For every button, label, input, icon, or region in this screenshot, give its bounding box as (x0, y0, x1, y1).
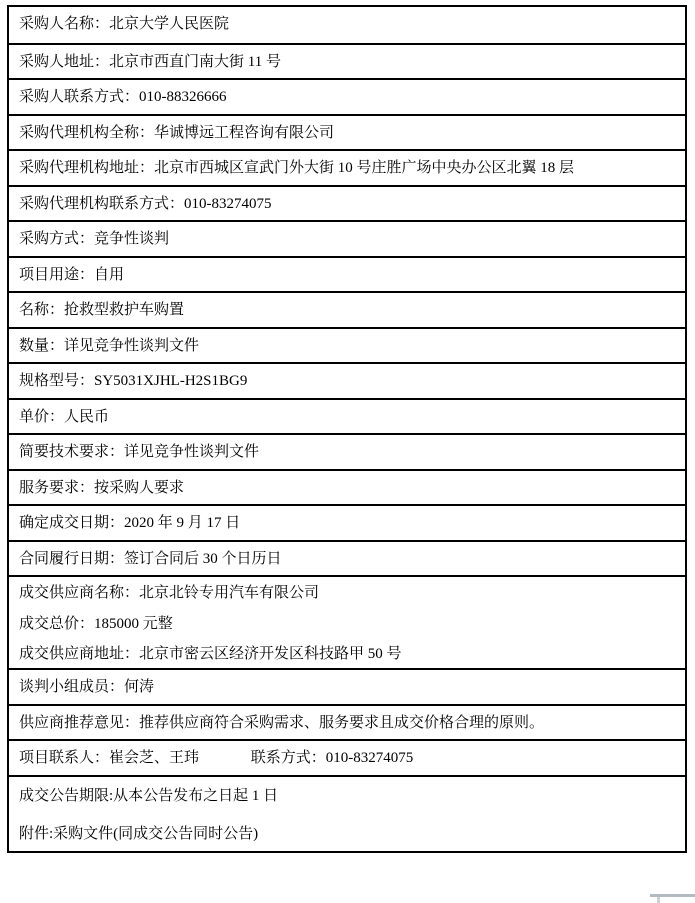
row-text: 采购代理机构全称：华诚博远工程咨询有限公司 (19, 125, 334, 141)
table-row-recommendation: 供应商推荐意见：推荐供应商符合采购需求、服务要求且成交价格合理的原则。 (9, 704, 685, 740)
table-row-project-use: 项目用途：自用 (9, 256, 685, 292)
scrollbar-corner-stub (657, 897, 660, 903)
table-row-purchaser-name: 采购人名称：北京大学人民医院 (9, 7, 685, 43)
table-row-purchaser-contact: 采购人联系方式：010-88326666 (9, 78, 685, 114)
table-row-agency-contact: 采购代理机构联系方式：010-83274075 (9, 185, 685, 221)
procurement-notice-table: 采购人名称：北京大学人民医院 采购人地址：北京市西直门南大街 11 号 采购人联… (7, 5, 687, 853)
supplier-address-text: 成交供应商地址：北京市密云区经济开发区科技路甲 50 号 (19, 639, 679, 668)
notice-period-text: 成交公告期限:从本公告发布之日起 1 日 (19, 777, 679, 815)
row-text: 供应商推荐意见：推荐供应商符合采购需求、服务要求且成交价格合理的原则。 (19, 715, 544, 731)
total-price-text: 成交总价：185000 元整 (19, 609, 679, 640)
table-row-winning-supplier: 成交供应商名称：北京北铃专用汽车有限公司 成交总价：185000 元整 成交供应… (9, 575, 685, 668)
row-text: 确定成交日期：2020 年 9 月 17 日 (19, 515, 240, 531)
row-text: 项目用途：自用 (19, 267, 124, 283)
table-row-quantity: 数量：详见竞争性谈判文件 (9, 327, 685, 363)
table-row-procurement-method: 采购方式：竞争性谈判 (9, 220, 685, 256)
supplier-name-text: 成交供应商名称：北京北铃专用汽车有限公司 (19, 578, 679, 609)
contact-person-text: 项目联系人：崔会芝、王玮 (19, 741, 199, 775)
table-row-award-date: 确定成交日期：2020 年 9 月 17 日 (9, 504, 685, 540)
table-row-project-contact: 项目联系人：崔会芝、王玮 联系方式：010-83274075 (9, 739, 685, 775)
table-row-service-requirements: 服务要求：按采购人要求 (9, 469, 685, 505)
row-text: 单价：人民币 (19, 409, 109, 425)
row-text: 合同履行日期：签订合同后 30 个日历日 (19, 551, 282, 567)
table-row-item-name: 名称：抢救型救护车购置 (9, 291, 685, 327)
table-row-agency-name: 采购代理机构全称：华诚博远工程咨询有限公司 (9, 114, 685, 150)
row-text: 规格型号：SY5031XJHL-H2S1BG9 (19, 373, 247, 389)
row-text: 采购代理机构联系方式：010-83274075 (19, 196, 272, 212)
table-row-unit-price: 单价：人民币 (9, 398, 685, 434)
table-row-negotiation-panel: 谈判小组成员：何涛 (9, 668, 685, 704)
scrollbar-corner[interactable] (650, 894, 695, 903)
row-text: 采购人地址：北京市西直门南大街 11 号 (19, 54, 281, 70)
table-row-agency-address: 采购代理机构地址：北京市西城区宣武门外大街 10 号庄胜广场中央办公区北翼 18… (9, 149, 685, 185)
row-text: 服务要求：按采购人要求 (19, 480, 184, 496)
table-row-contract-performance: 合同履行日期：签订合同后 30 个日历日 (9, 540, 685, 576)
row-text: 采购人名称：北京大学人民医院 (19, 16, 229, 32)
table-row-technical-requirements: 简要技术要求：详见竞争性谈判文件 (9, 433, 685, 469)
table-row-notice-period: 成交公告期限:从本公告发布之日起 1 日 附件:采购文件(同成交公告同时公告) (9, 775, 685, 851)
table-row-purchaser-address: 采购人地址：北京市西直门南大街 11 号 (9, 43, 685, 79)
row-text: 简要技术要求：详见竞争性谈判文件 (19, 444, 259, 460)
row-text: 谈判小组成员：何涛 (19, 679, 154, 695)
contact-method-text: 联系方式：010-83274075 (251, 741, 414, 775)
row-text: 数量：详见竞争性谈判文件 (19, 338, 199, 354)
row-text: 采购代理机构地址：北京市西城区宣武门外大街 10 号庄胜广场中央办公区北翼 18… (19, 160, 574, 176)
attachment-text: 附件:采购文件(同成交公告同时公告) (19, 815, 679, 851)
table-row-model-spec: 规格型号：SY5031XJHL-H2S1BG9 (9, 362, 685, 398)
row-text: 名称：抢救型救护车购置 (19, 302, 184, 318)
row-text: 采购人联系方式：010-88326666 (19, 89, 227, 105)
row-text: 采购方式：竞争性谈判 (19, 231, 169, 247)
